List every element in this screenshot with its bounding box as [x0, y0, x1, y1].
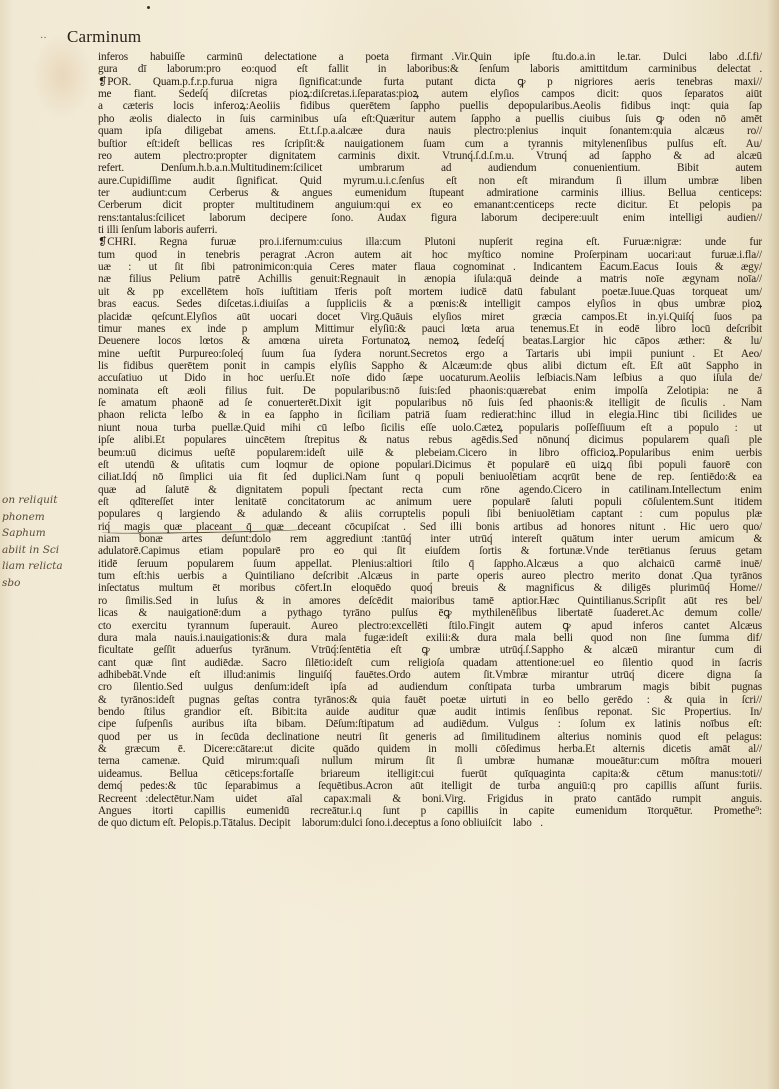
text-line: uit & pp excellētem hoīs iuſtitiam īferi…	[98, 286, 762, 298]
text-line: ipſe alibi.Et populares uincētem ſtrepit…	[98, 434, 762, 446]
text-line: adhibebāt.Vnde eſt illud:animis linguiſq…	[98, 669, 762, 681]
text-line: ❡CHRI. Regna furuæ pro.i.ifernum:cuius i…	[98, 236, 762, 248]
text-line: accuſatiuo ut Dido in hoc uerſu.Et noīe …	[98, 372, 762, 384]
text-line: cipe ſuſpenſis auribus iſta bibam. Dēſum…	[98, 718, 762, 730]
margin-note-line: on reliquit	[2, 492, 94, 509]
text-line: inferos habuiſſe carminū delectatione a …	[98, 51, 762, 63]
text-line: Cerberum dicit propter multitudinem angu…	[98, 199, 762, 211]
text-line: niunt noua turba puellæ.Quid mihi cū leſ…	[98, 422, 762, 434]
text-line: ❡POR. Quam.p.f.r.p.furua nigra ſignifica…	[98, 76, 762, 88]
text-line: ti illi ſenſum laboris auferri.	[98, 224, 762, 236]
text-line: uæ : ut ſit ſibi patronimicon:quia Ceres…	[98, 261, 762, 273]
text-line: buſtior eſt:ideſt bellicas res ſcripſit:…	[98, 138, 762, 150]
text-line: refert. Denſum.h.b.a.n.Multitudinem:ſcil…	[98, 162, 762, 174]
text-line: & græcum ē. Dicere:cātare:ut dicite quād…	[98, 743, 762, 755]
text-line: lis fidibus querētem ponit in campis ely…	[98, 360, 762, 372]
text-line: phaon relicta leſbo & in ea ſappho in ſi…	[98, 409, 762, 421]
text-line: niam bonæ artes deſunt:dolo rem aggrediu…	[98, 533, 762, 545]
margin-note-line: abiit in Sci	[2, 542, 94, 559]
text-line: quam ipſa diligebat amens. Et.t.ſ.p.a.al…	[98, 125, 762, 137]
handwritten-margin-note: on reliquitphonemSaphumabiit in Sciliam …	[2, 492, 94, 591]
margin-note-line: sbo	[2, 575, 94, 592]
text-line: pho æolis dialecto in ſuis carminibus uſ…	[98, 113, 762, 125]
text-line: quod per us in ſecūda declinatione neutr…	[98, 731, 762, 743]
text-line: bras eacus. Sedes diſcetas.i.diuiſas a ſ…	[98, 298, 762, 310]
text-line: tum eſt:his uerbis a Quintiliano deſcrib…	[98, 570, 762, 582]
text-line: placidæ qeſcunt.Elyſios aūt uocari docet…	[98, 311, 762, 323]
text-line: timur manes ex inde p amplum Mittimur el…	[98, 323, 762, 335]
text-line: Deuenere locos lœtos & amœna uireta Fort…	[98, 335, 762, 347]
text-line: populares q largiendo & adulando & aliis…	[98, 508, 762, 520]
text-line: inſectatus multum ēt moribus cōfert.In e…	[98, 582, 762, 594]
text-line: ter audiunt:cum Cerberus & angues eumeni…	[98, 187, 762, 199]
text-line: cant quæ ſint audiēdæ. Sacro ſilētio:ide…	[98, 657, 762, 669]
text-line: de quo dictum eſt. Pelopis.p.Tātalus. De…	[98, 817, 762, 829]
text-line: demq́ pedes:& tūc ſeparabimus a ſequētib…	[98, 780, 762, 792]
text-line: reo autem plectro:propter dignitatem car…	[98, 150, 762, 162]
text-line: itidē ſeruum popularem ſuum appellat. Pl…	[98, 558, 762, 570]
text-line: nominata eſt æoli filius fuit. De popula…	[98, 385, 762, 397]
text-line: næ filius Pelium patrē Achillis genuit:R…	[98, 273, 762, 285]
text-line: beum:uū dicimus ueſtē popularem:ideſt ui…	[98, 447, 762, 459]
text-line: licas & nauigationē:dum a pythago tyrāno…	[98, 607, 762, 619]
text-line: cto exercitu tyrannum ſuperauit. Aureo p…	[98, 620, 762, 632]
text-line: me fiant. Sedeſq́ diſcretas pioꝝ:diſcret…	[98, 88, 762, 100]
text-line: & tyrānos:ideſt pugnas geſtas contra tyr…	[98, 694, 762, 706]
text-line: terna camenæ. Quid mirum:quaſi nullum mi…	[98, 755, 762, 767]
margin-note-line: liam relicta	[2, 558, 94, 575]
text-line: cro ſilentio.Sed uulgus denſum:ideſt ipſ…	[98, 681, 762, 693]
text-line: Angues itorti capillis eumenidū recreātu…	[98, 805, 762, 817]
text-line: rens:tantalus:ſcilicet laborum decipere …	[98, 212, 762, 224]
margin-note-line: Saphum	[2, 525, 94, 542]
text-line: dura mala nauis.i.nauigationis:& dura ma…	[98, 632, 762, 644]
text-line: uideamus. Bellua cēticeps:fortaſſe briar…	[98, 768, 762, 780]
ink-dots: ··	[40, 33, 47, 44]
text-line: adulatorē.Capimus etiam popularē pro eo …	[98, 545, 762, 557]
text-line: ro ſimilis.Sed in luſus & in amores deſc…	[98, 595, 762, 607]
text-line: ſe amatum phaonē ad ſe conuerterēt.Dixit…	[98, 397, 762, 409]
text-line: ficultate geſſit aduerſus tyrānum. Vtrūq…	[98, 644, 762, 656]
page-edge-shadow	[767, 0, 779, 1089]
text-line: tum quod in tenebris peragrat᷑.Acron aut…	[98, 249, 762, 261]
text-line: mine ueſtit Purpureo:ſoleq́ ſuum ſua ſyd…	[98, 348, 762, 360]
commentary-text-block: inferos habuiſſe carminū delectatione a …	[98, 51, 762, 830]
text-line: aure.Cupidiſſime audit ſignificat. Quid …	[98, 175, 762, 187]
running-head: Carminum	[67, 27, 141, 47]
ink-speck	[147, 6, 150, 9]
text-line: quæ ad ſalutē & dignitatem populi ſpecta…	[98, 484, 762, 496]
text-line: bendo ſtilus grandior eſt. Bibit:ita aui…	[98, 706, 762, 718]
text-line: Recreent᷑:delectētur.Nam uidet᷑ aīal cap…	[98, 793, 762, 805]
margin-note-line: phonem	[2, 509, 94, 526]
text-line: a cæteris locis inferoꝝ:Aeoliis fidibus …	[98, 100, 762, 112]
text-line: ciliat.Idq́ nō ſimplici uia fit ſed dupl…	[98, 471, 762, 483]
text-line: gura dī laborum:pro eo:quod eſt fallit᷑ …	[98, 63, 762, 75]
text-line: eſt utendū & uſitatis cum loqmur de opio…	[98, 459, 762, 471]
text-line: eſt qdītereſſet inter lenitatē concitato…	[98, 496, 762, 508]
